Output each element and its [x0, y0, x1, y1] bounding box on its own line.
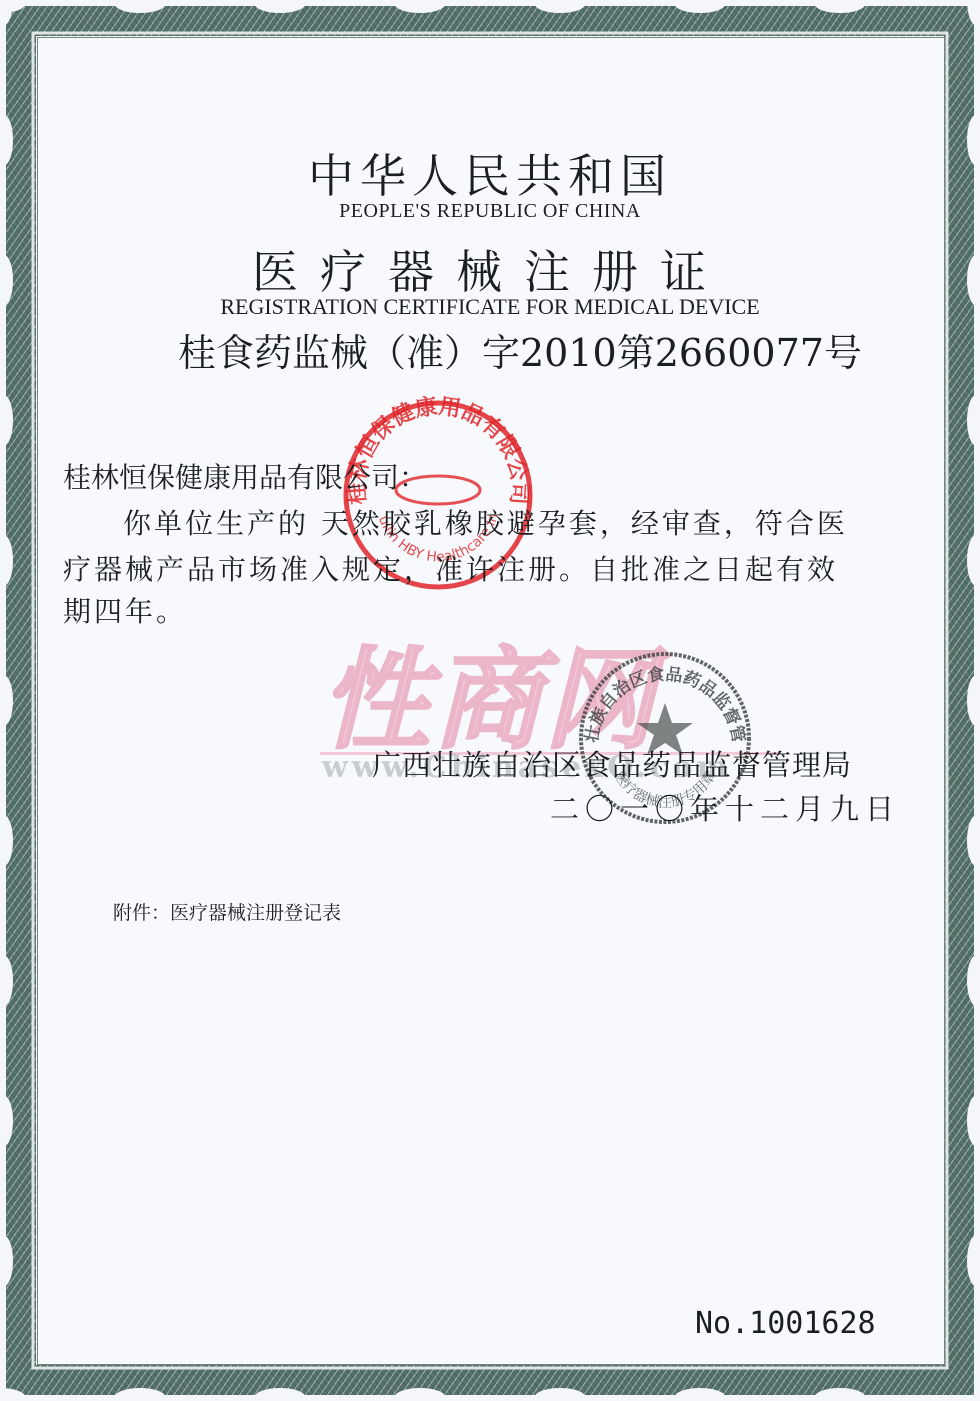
body-line-2: 疗器械产品市场准入规定，准许注册。自批准之日起有效 — [63, 548, 838, 588]
certificate-page: 中华人民共和国 PEOPLE'S REPUBLIC OF CHINA 医疗器械注… — [0, 0, 980, 1401]
body-line-3: 期四年。 — [63, 590, 187, 630]
body-line-1: 你单位生产的 天然胶乳橡胶避孕套，经审查，符合医 — [123, 502, 848, 542]
country-title-cn: 中华人民共和国 — [0, 140, 980, 206]
issuing-authority: 广西壮族自治区食品药品监督管理局 — [372, 743, 852, 784]
issue-date: 二〇一〇年十二月九日 — [550, 787, 900, 828]
certificate-title-en: REGISTRATION CERTIFICATE FOR MEDICAL DEV… — [0, 294, 980, 320]
serial-number: No.1001628 — [695, 1306, 876, 1341]
attachment-note: 附件：医疗器械注册登记表 — [113, 898, 341, 925]
addressee: 桂林恒保健康用品有限公司： — [63, 456, 427, 496]
certificate-title-cn: 医疗器械注册证 — [0, 236, 980, 302]
registration-number: 桂食药监械（准）字2010第2660077号 — [178, 322, 862, 377]
country-title-en: PEOPLE'S REPUBLIC OF CHINA — [0, 200, 980, 223]
